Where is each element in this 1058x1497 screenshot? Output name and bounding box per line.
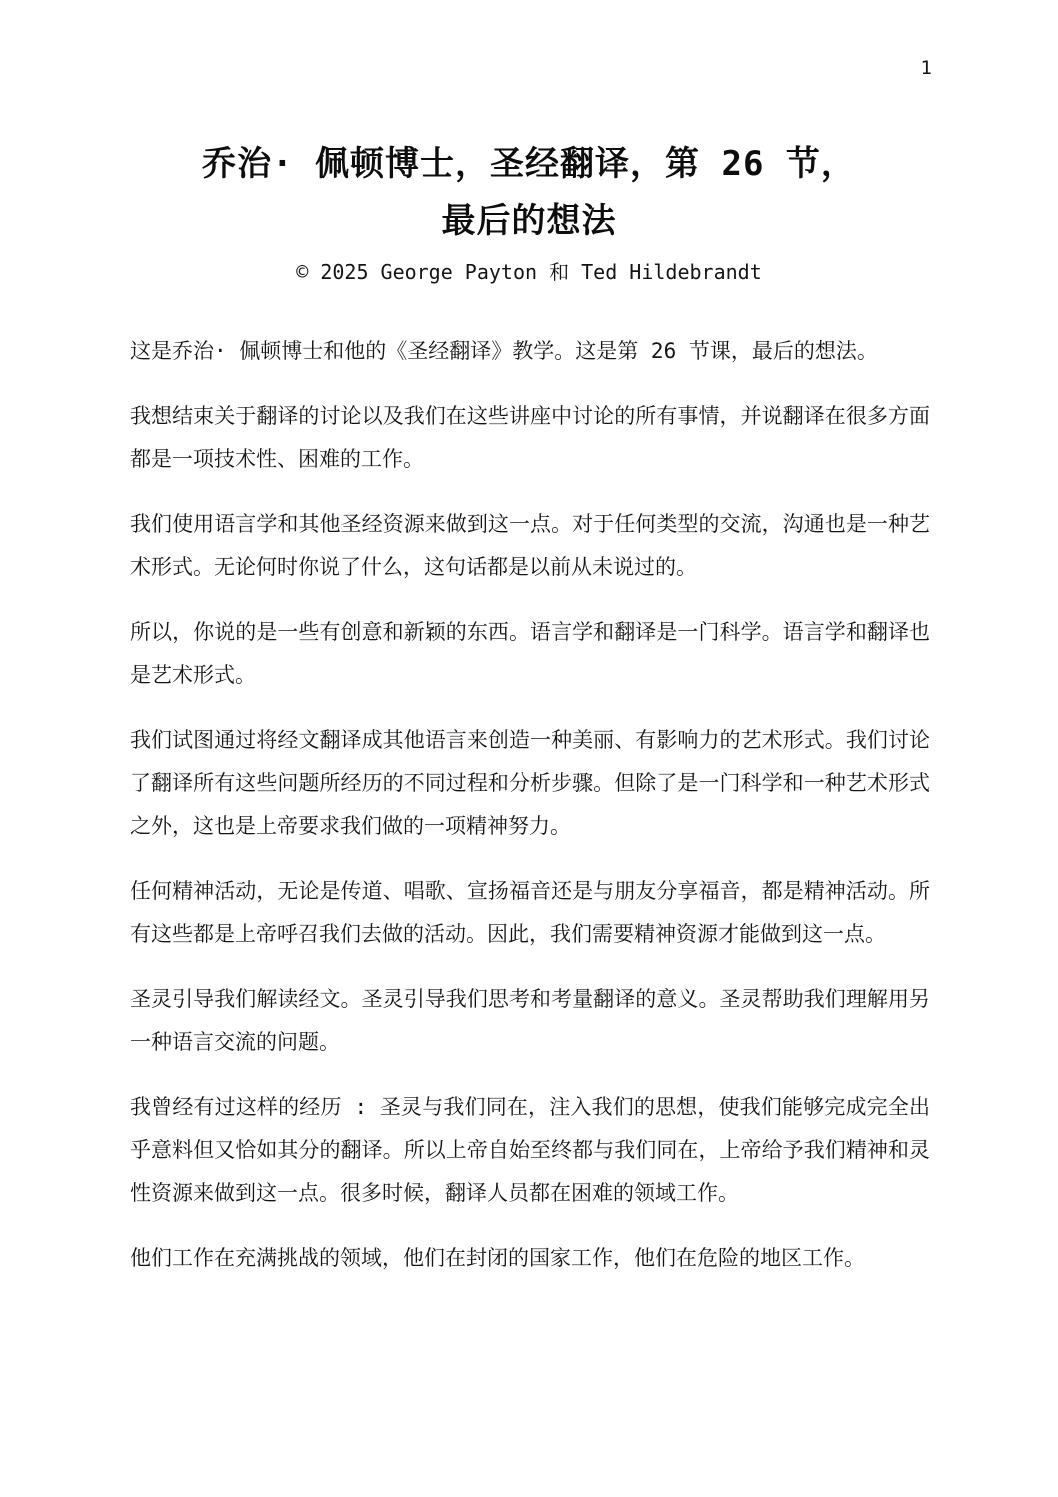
document-page: 1 乔治· 佩顿博士，圣经翻译，第 26 节， 最后的想法 © 2025 Geo… [0,0,1058,1497]
paragraph-3: 我们使用语言学和其他圣经资源来做到这一点。对于任何类型的交流，沟通也是一种艺术形… [130,503,930,589]
title-line-2: 最后的想法 [90,193,968,250]
paragraph-2: 我想结束关于翻译的讨论以及我们在这些讲座中讨论的所有事情，并说翻译在很多方面都是… [130,395,930,481]
paragraph-6: 任何精神活动，无论是传道、唱歌、宣扬福音还是与朋友分享福音，都是精神活动。所有这… [130,870,930,956]
paragraph-1: 这是乔治· 佩顿博士和他的《圣经翻译》教学。这是第 26 节课，最后的想法。 [130,330,930,373]
paragraph-8: 我曾经有过这样的经历 : 圣灵与我们同在，注入我们的思想，使我们能够完成完全出乎… [130,1086,930,1215]
page-number: 1 [921,56,932,80]
document-body: 这是乔治· 佩顿博士和他的《圣经翻译》教学。这是第 26 节课，最后的想法。 我… [130,330,930,1280]
paragraph-9: 他们工作在充满挑战的领域，他们在封闭的国家工作，他们在危险的地区工作。 [130,1237,930,1280]
document-title: 乔治· 佩顿博士，圣经翻译，第 26 节， 最后的想法 [90,136,968,250]
paragraph-5: 我们试图通过将经文翻译成其他语言来创造一种美丽、有影响力的艺术形式。我们讨论了翻… [130,719,930,848]
title-line-1: 乔治· 佩顿博士，圣经翻译，第 26 节， [90,136,968,193]
copyright-line: © 2025 George Payton 和 Ted Hildebrandt [0,258,1058,286]
paragraph-7: 圣灵引导我们解读经文。圣灵引导我们思考和考量翻译的意义。圣灵帮助我们理解用另一种… [130,978,930,1064]
paragraph-4: 所以，你说的是一些有创意和新颖的东西。语言学和翻译是一门科学。语言学和翻译也是艺… [130,611,930,697]
